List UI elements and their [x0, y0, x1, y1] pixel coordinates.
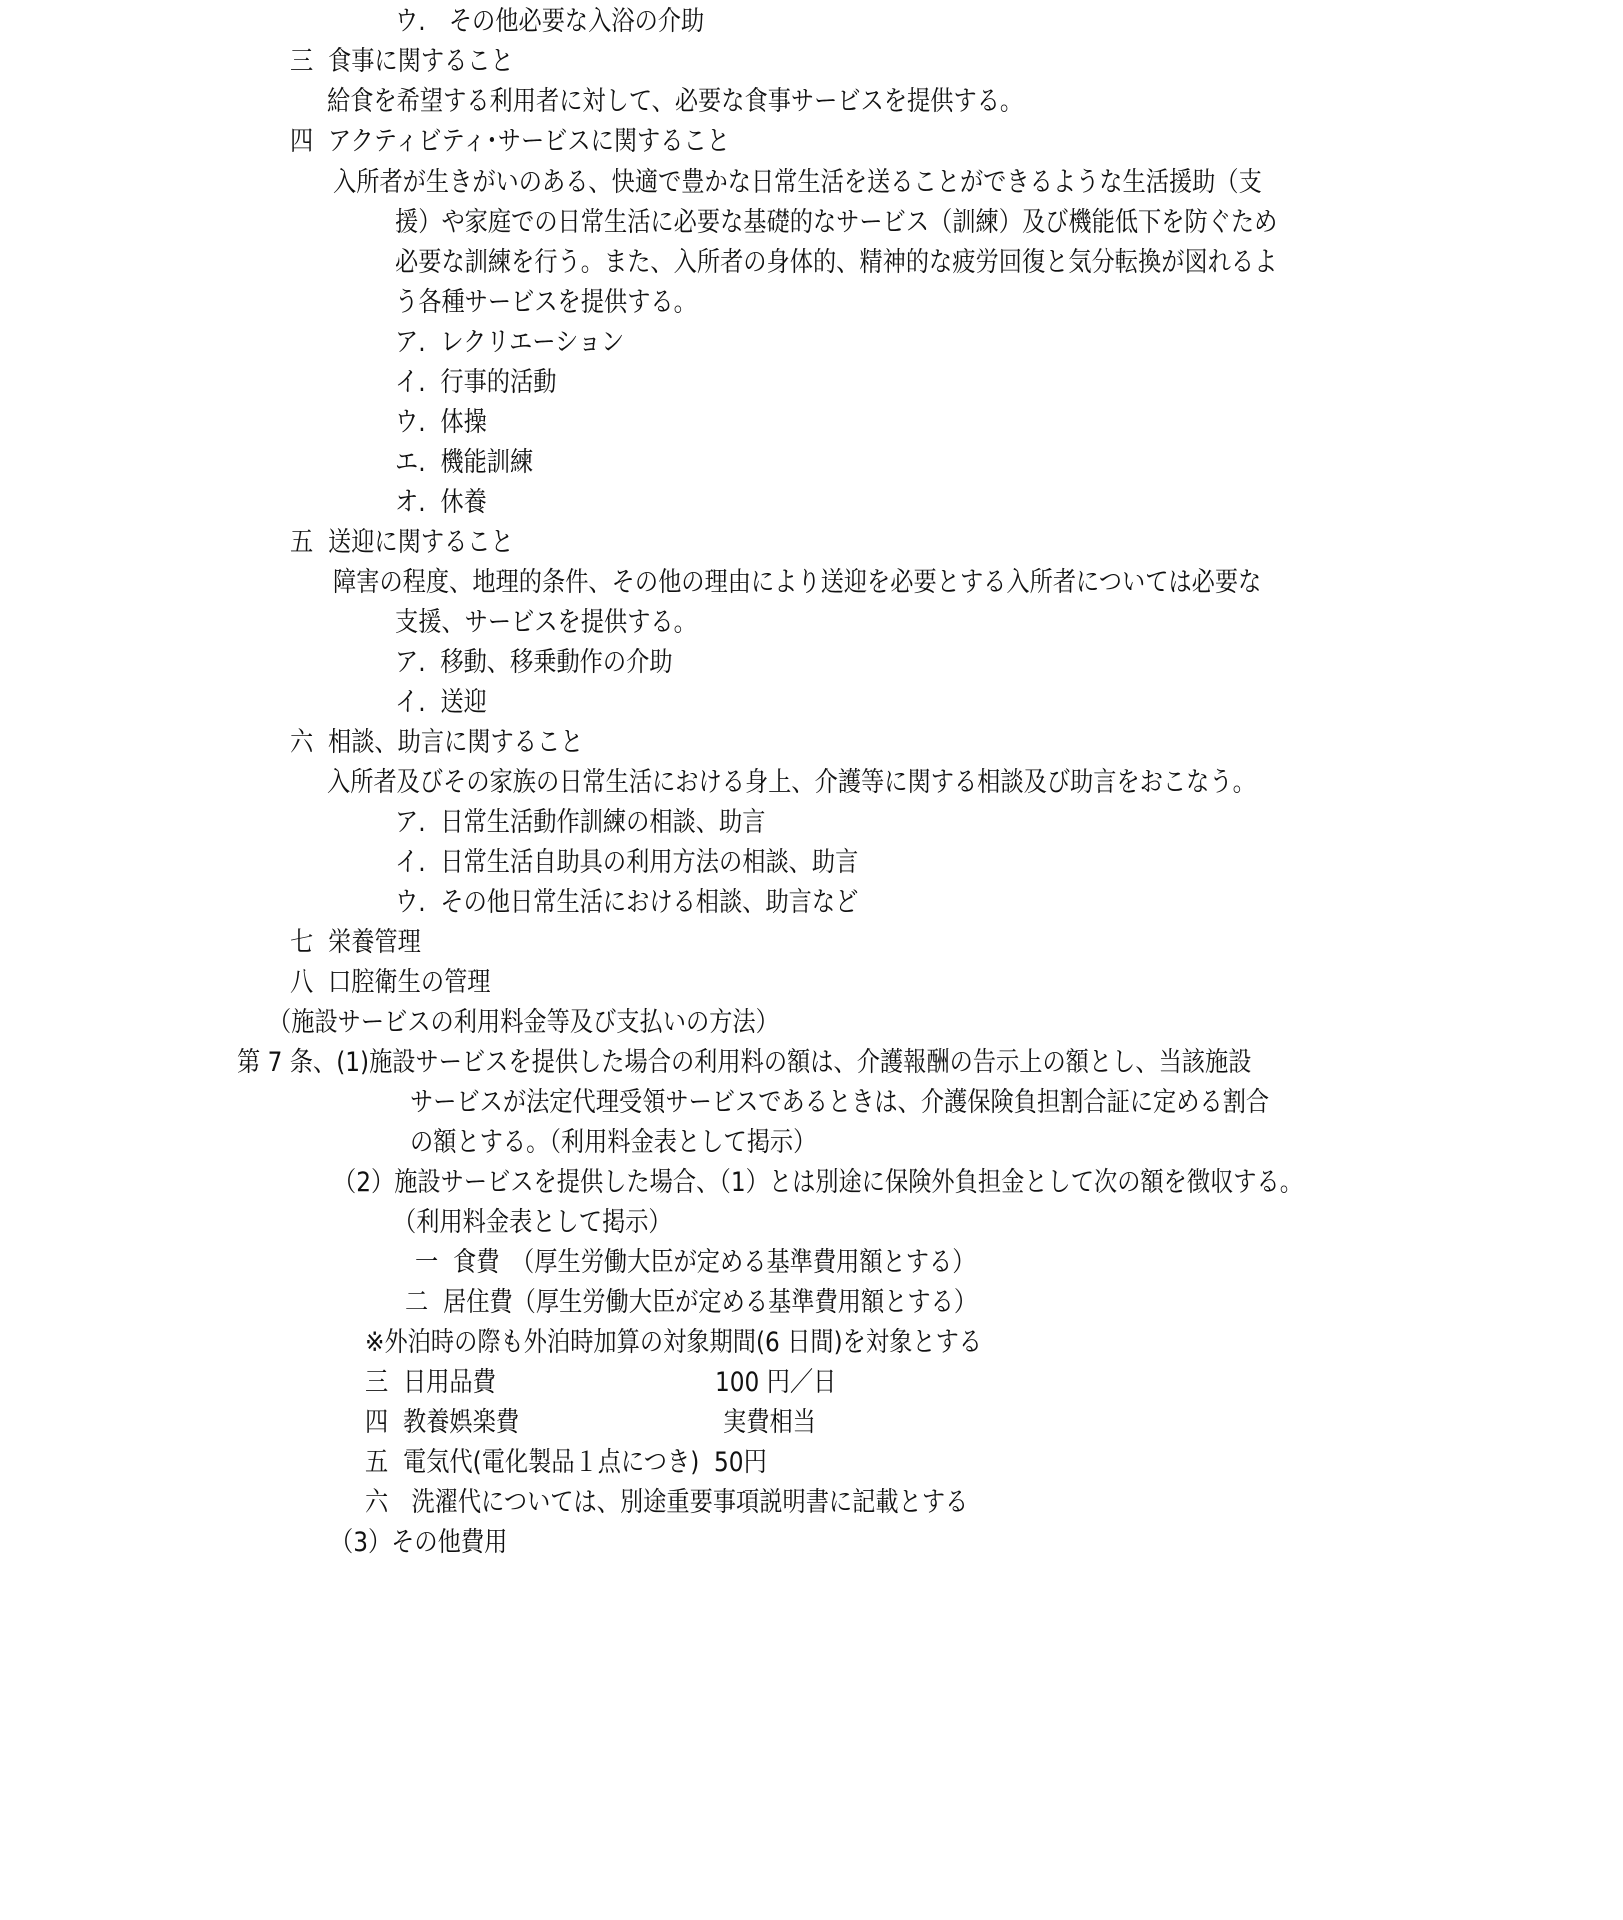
section-6-heading-consultation: 六 相談、助言に関すること [290, 726, 583, 760]
consultation-item-u: ウ. その他日常生活における相談、助言など [395, 886, 858, 920]
transport-item-a: ア. 移動、移乗動作の介助 [395, 646, 673, 680]
fee-item-residence: 二 居住費（厚生労働大臣が定める基準費用額とする） [405, 1286, 977, 1320]
section-8-heading-oral-hygiene: 八 口腔衛生の管理 [290, 966, 491, 1000]
fee-item-daily-goods: 三 日用品費 [365, 1366, 496, 1400]
section-5-heading-transport: 五 送迎に関すること [290, 526, 514, 560]
consultation-item-i: イ. 日常生活自助具の利用方法の相談、助言 [395, 846, 858, 880]
section-7-heading-nutrition: 七 栄養管理 [290, 926, 421, 960]
activity-item-e: エ. 機能訓練 [395, 446, 533, 480]
section-4-body-line-1: 入所者が生きがいのある、快適で豊かな日常生活を送ることができるような生活援助（支 [333, 166, 1262, 200]
fee-item-meals: 一 食費 （厚生労働大臣が定める基準費用額とする） [415, 1246, 975, 1280]
article-7-clause-3: （3）その他費用 [330, 1526, 507, 1560]
fee-daily-goods-amount: 100 円／日 [715, 1366, 836, 1400]
article-7-clause-1-line-3: の額とする。（利用料金表として掲示） [410, 1126, 816, 1160]
section-3-heading-meals: 三 食事に関すること [290, 45, 514, 79]
section-4-heading-activity: 四 アクティビティ･サービスに関すること [290, 125, 730, 159]
section-5-body-line-2: 支援、サービスを提供する。 [395, 606, 697, 640]
consultation-item-a: ア. 日常生活動作訓練の相談、助言 [395, 806, 765, 840]
activity-item-i: イ. 行事的活動 [395, 366, 556, 400]
article-7-clause-2-note: （利用料金表として掲示） [393, 1206, 672, 1240]
section-6-body: 入所者及びその家族の日常生活における身上、介護等に関する相談及び助言をおこなう。 [327, 766, 1256, 800]
transport-item-i: イ. 送迎 [395, 686, 487, 720]
fee-item-electricity: 五 電気代(電化製品１点につき) 50円 [365, 1446, 767, 1480]
fee-item-recreation: 四 教養娯楽費 [365, 1406, 519, 1440]
section-5-body-line-1: 障害の程度、地理的条件、その他の理由により送迎を必要とする入所者については必要な [333, 566, 1261, 600]
activity-item-a: ア. レクリエーション [395, 326, 624, 360]
fee-item-laundry: 六 洗濯代については、別途重要事項説明書に記載とする [365, 1486, 968, 1520]
section-3-body: 給食を希望する利用者に対して、必要な食事サービスを提供する。 [327, 85, 1023, 119]
article-7-clause-1-line-2: サービスが法定代理受領サービスであるときは、介護保険負担割合証に定める割合 [410, 1086, 1269, 1120]
article-7-clause-1-line-1: 第 7 条、(1)施設サービスを提供した場合の利用料の額は、介護報酬の告示上の額… [237, 1046, 1251, 1080]
overnight-note: ※外泊時の際も外泊時加算の対象期間(6 日間)を対象とする [365, 1326, 982, 1360]
article-7-title: （施設サービスの利用料金等及び支払いの方法） [268, 1006, 779, 1040]
activity-item-o: オ. 休養 [395, 486, 487, 520]
article-7-clause-2: （2）施設サービスを提供した場合、（1）とは別途に保険外負担金として次の額を徴収… [333, 1166, 1303, 1200]
activity-item-u: ウ. 体操 [395, 406, 487, 440]
section-4-body-line-4: う各種サービスを提供する。 [395, 286, 697, 320]
section-4-body-line-2: 援）や家庭での日常生活に必要な基礎的なサービス（訓練）及び機能低下を防ぐため [395, 206, 1277, 240]
section-4-body-line-3: 必要な訓練を行う。また、入所者の身体的、精神的な疲労回復と気分転換が図れるよ [395, 246, 1277, 280]
bathing-item-u: ウ. その他必要な入浴の介助 [395, 5, 704, 39]
fee-recreation-amount: 実費相当 [723, 1406, 816, 1440]
